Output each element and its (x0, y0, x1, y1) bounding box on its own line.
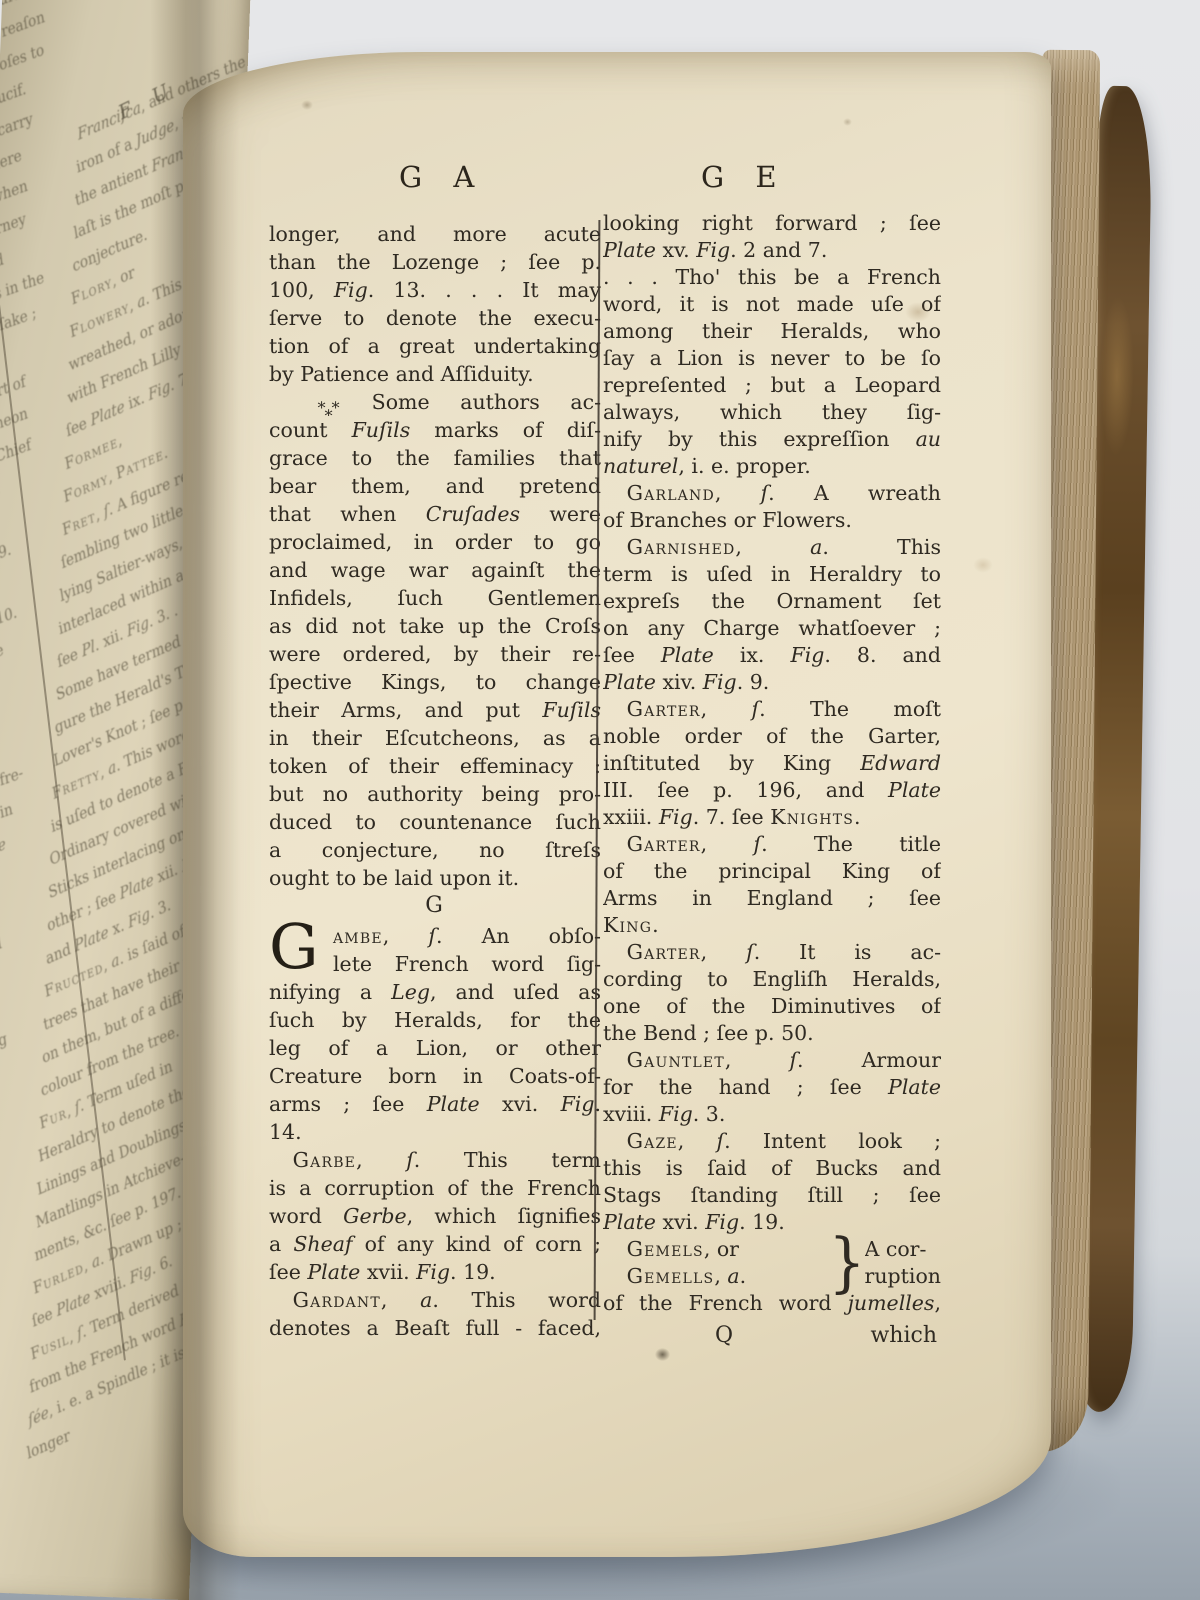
leather-worn-patch (1099, 296, 1136, 457)
text-line: Gemels, or (603, 1236, 829, 1263)
foxing-spot (301, 100, 313, 110)
text-line: III. ſee p. 196, and Plate (603, 777, 941, 804)
text-line: of Branches or Flowers. (603, 507, 941, 534)
text-line: by Patience and Aſſiduity. (269, 360, 601, 388)
running-head-right: G E (701, 160, 788, 194)
text-line: ruption (865, 1263, 941, 1290)
text-line: xxiii. Fig. 7. ſee Knights. (603, 804, 941, 831)
text-line: proclaimed, in order to go (269, 528, 601, 556)
text-line: count Fuſils marks of diſ- (269, 416, 601, 444)
text-line: Plate xvi. Fig. 19. (603, 1209, 941, 1236)
text-line: ſpective Kings, to change (269, 668, 601, 696)
text-line: token of their effeminacy : (269, 752, 601, 780)
text-line: a conjecture, no ſtreſs (269, 836, 601, 864)
text-line: bear them, and pretend (269, 472, 601, 500)
text-line: 14. (269, 1118, 601, 1146)
text-line: looking right forward ; ſee (603, 210, 941, 237)
text-line: A cor- (865, 1236, 941, 1263)
catchword: which (870, 1319, 937, 1353)
text-line: ſuch by Heralds, for the (269, 1006, 601, 1034)
text-line: ∗ ∗∗ Some authors ac- (269, 388, 601, 416)
gemels-headwords: Gemels, or Gemells, a. (603, 1236, 829, 1290)
text-line: ſay a Lion is never to be ſo (603, 345, 941, 372)
text-line: . . . Tho' this be a French (603, 264, 941, 291)
text-line: naturel, i. e. proper. (603, 453, 941, 480)
text-line: denotes a Beaſt full - faced, (269, 1314, 601, 1342)
text-line: their Arms, and put Fuſils (269, 696, 601, 724)
text-line: in their Eſcutcheons, as a (269, 724, 601, 752)
foxing-spot (843, 118, 852, 126)
text-line: that when Cruſades were (269, 500, 601, 528)
text-line: grace to the families that (269, 444, 601, 472)
drop-cap: G (269, 920, 327, 974)
text-line: Stags ſtanding ſtill ; ſee (603, 1182, 941, 1209)
text-line: Gardant, a. This word (269, 1286, 601, 1314)
text-line: leg of a Lion, or other (269, 1034, 601, 1062)
signature-mark: Q (715, 1319, 733, 1353)
brace-glyph: } (829, 1233, 859, 1293)
text-line: tion of a great undertaking (269, 332, 601, 360)
text-line: G (269, 892, 601, 922)
book-photo: F U of Croſſes whenbranch uſed in aand t… (0, 0, 1200, 1600)
text-line: word, it is not made uſe of (603, 291, 941, 318)
text-line: of the French word jumelles, (603, 1290, 941, 1317)
main-page: G A G E G longer, and more acutethan the… (183, 52, 1051, 1557)
text-line: for the hand ; ſee Plate (603, 1074, 941, 1101)
text-line: expreſs the Ornament ſet (603, 588, 941, 615)
text-line: Garter, ſ. It is ac- (603, 939, 941, 966)
text-line: of the principal King of (603, 858, 941, 885)
text-line: a Sheaf of any kind of corn ; (269, 1230, 601, 1258)
text-line: ſee Plate xvii. Fig. 19. (269, 1258, 601, 1286)
text-line: on any Charge whatſoever ; (603, 615, 941, 642)
text-line: cording to Engliſh Heralds, (603, 966, 941, 993)
text-line: and wage war againſt the (269, 556, 601, 584)
text-line: than the Lozenge ; ſee p. (269, 248, 601, 276)
text-line: repreſented ; but a Leopard (603, 372, 941, 399)
text-line: word Gerbe, which ſignifies (269, 1202, 601, 1230)
right-column-lines: looking right forward ; ſeePlate xv. Fig… (603, 210, 941, 1236)
text-line: Garter, ſ. The title (603, 831, 941, 858)
text-line: Gauntlet, ſ. Armour (603, 1047, 941, 1074)
text-line: always, which they ſig- (603, 399, 941, 426)
text-line: xviii. Fig. 3. (603, 1101, 941, 1128)
text-line: noble order of the Garter, (603, 723, 941, 750)
text-line: Arms in England ; ſee (603, 885, 941, 912)
gemels-entry: Gemels, or Gemells, a. } A cor- ruption (603, 1236, 941, 1290)
text-line: Garland, ſ. A wreath (603, 480, 941, 507)
running-head-left: G A (399, 160, 485, 194)
text-line: this is ſaid of Bucks and (603, 1155, 941, 1182)
gemels-definition: A cor- ruption (859, 1236, 941, 1290)
text-line: Infidels, ſuch Gentlemen (269, 584, 601, 612)
text-line: the Bend ; ſee p. 50. (603, 1020, 941, 1047)
foxing-spot (973, 557, 993, 573)
text-line: term is uſed in Heraldry to (603, 561, 941, 588)
right-text-column: looking right forward ; ſeePlate xv. Fig… (603, 210, 941, 1353)
text-line: inſtituted by King Edward (603, 750, 941, 777)
text-line: duced to countenance ſuch (269, 808, 601, 836)
text-line: as did not take up the Croſs (269, 612, 601, 640)
text-line: Plate xiv. Fig. 9. (603, 669, 941, 696)
text-line: 100, Fig. 13. . . . It may (269, 276, 601, 304)
text-line: were ordered, by their re- (269, 640, 601, 668)
signature-row: Q which (603, 1319, 941, 1353)
left-text-column: G longer, and more acutethan the Lozenge… (269, 220, 601, 1342)
text-line: arms ; ſee Plate xvi. Fig. (269, 1090, 601, 1118)
text-line: Plate xv. Fig. 2 and 7. (603, 237, 941, 264)
text-line: nify by this expreſſion au (603, 426, 941, 453)
text-line: nifying a Leg, and uſed as (269, 978, 601, 1006)
text-line: is a corruption of the French (269, 1174, 601, 1202)
text-line: ſee Plate ix. Fig. 8. and (603, 642, 941, 669)
text-line: Garbe, ſ. This term (269, 1146, 601, 1174)
text-line: but no authority being pro- (269, 780, 601, 808)
text-line: King. (603, 912, 941, 939)
text-line: ought to be laid upon it. (269, 864, 601, 892)
text-line: among their Heralds, who (603, 318, 941, 345)
text-line: Garter, ſ. The moſt (603, 696, 941, 723)
text-line: Gemells, a. (603, 1263, 829, 1290)
left-column-lines: longer, and more acutethan the Lozenge ;… (269, 220, 601, 1342)
text-line: Creature born in Coats-of- (269, 1062, 601, 1090)
text-line: Gaze, ſ. Intent look ; (603, 1128, 941, 1155)
text-line: ſerve to denote the execu- (269, 304, 601, 332)
text-line: one of the Diminutives of (603, 993, 941, 1020)
text-line: longer, and more acute (269, 220, 601, 248)
text-line: Garnished, a. This (603, 534, 941, 561)
